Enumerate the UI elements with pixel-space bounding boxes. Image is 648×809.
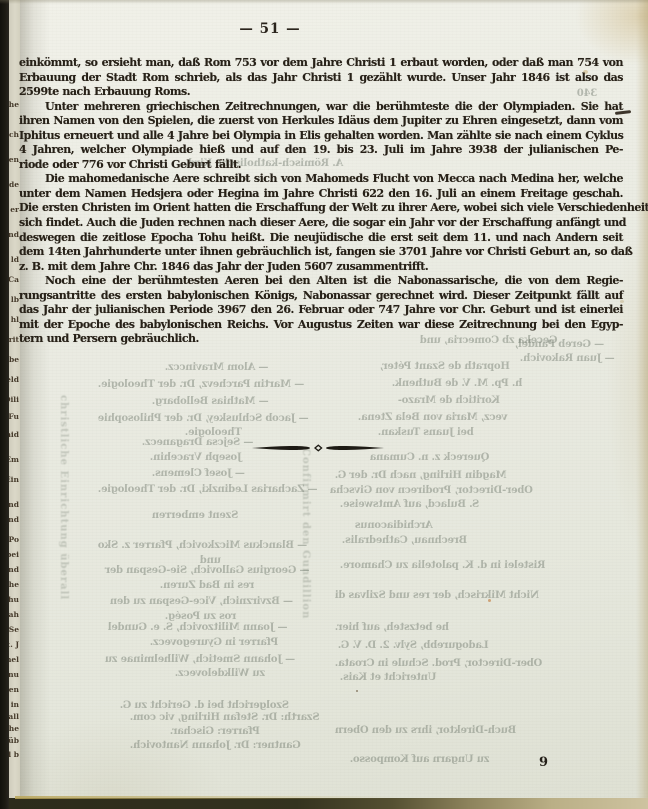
page-number-header: — 51 — <box>225 21 315 37</box>
scan-top-edge <box>0 0 648 4</box>
previous-page-text-fragment: ben <box>9 155 19 164</box>
body-text: einkömmt, so ersieht man, daß Rom 753 vo… <box>19 56 623 347</box>
text-line: einkömmt, so ersieht man, daß Rom 753 vo… <box>19 56 623 71</box>
text-line: Iphitus erneuert und alle 4 Jahre bei Ol… <box>19 129 623 144</box>
scan-bottom-edge <box>9 798 648 809</box>
previous-page-text-fragment: ünsche <box>9 724 19 733</box>
previous-page-text-fragment: geld <box>9 375 19 384</box>
text-line: Unter mehreren griechischen Zeitrechnung… <box>19 100 623 115</box>
text-line: das Jahr der julianischen Periode 3967 d… <box>19 303 623 318</box>
section-divider-ornament <box>252 441 384 455</box>
previous-page-text-fragment: nd b <box>9 750 19 759</box>
previous-page-text-fragment: island <box>9 515 19 524</box>
previous-page-text-fragment: gt. J <box>9 640 19 649</box>
text-line: Die mahomedanische Aere schreibt sich vo… <box>19 172 623 187</box>
previous-page-text-fragment: rit <box>9 335 19 344</box>
scanned-book-page: heschbenrdeerndldCalbhlriter begeldDiliF… <box>0 0 648 809</box>
previous-page-text-fragment: die all <box>9 712 19 721</box>
previous-page-text-fragment: Ein <box>9 475 19 484</box>
text-line: unter dem Namen Hedsjera oder Hegina im … <box>19 187 623 202</box>
previous-page-text-fragment: er <box>10 205 19 214</box>
fox-spot <box>356 690 358 692</box>
previous-page-text-fragment: ld <box>11 255 19 264</box>
text-line: ihren Namen von den Spielen, die zuerst … <box>19 114 623 129</box>
text-line: rungsantritte des ersten babylonischen K… <box>19 289 623 304</box>
previous-page-text-fragment: nd <box>9 565 19 574</box>
text-line: z. B. mit dem Jahre Chr. 1846 das Jahr d… <box>19 260 623 275</box>
previous-page-text-fragment: dennu <box>9 670 19 679</box>
previous-page-text-fragment: Jah <box>9 610 19 619</box>
text-line: sich findet. Auch die Juden rechnen nach… <box>19 216 623 231</box>
text-line: 2599te nach Erbauung Roms. <box>19 85 623 100</box>
text-line: dem 14ten Jahrhunderte unter ihnen gebrä… <box>19 245 623 260</box>
previous-page-text-fragment: erst in <box>9 700 19 709</box>
text-line: Erbauung der Stadt Rom schrieb, als das … <box>19 71 623 86</box>
previous-page-text-fragment: ng üb <box>9 736 19 745</box>
previous-page-text-fragment: mel <box>9 655 19 664</box>
previous-page-text-fragment: Kirchen <box>9 685 19 694</box>
text-line: tern und Persern gebräuchlich. <box>19 332 623 347</box>
previous-page-text-fragment: Dili <box>9 395 19 404</box>
previous-page-text-fragment: rde <box>9 180 19 189</box>
previous-page-text-fragment: gand <box>9 500 19 509</box>
previous-page-text-fragment: hl <box>11 315 19 324</box>
previous-page-text-fragment: terbei <box>9 550 19 559</box>
page-right-edge <box>636 0 648 809</box>
previous-page-text-fragment: fe Po <box>9 535 19 544</box>
previous-page-text-fragment: gen Se <box>9 625 19 634</box>
spine-edge <box>0 0 9 809</box>
fox-spot <box>488 599 491 602</box>
previous-page-text-fragment: Ca <box>9 275 19 284</box>
text-line: riode oder 776 vor Christi Geburt fällt. <box>19 158 623 173</box>
signature-mark: 9 <box>539 755 548 770</box>
previous-page-text-fragment: nd <box>9 230 19 239</box>
previous-page-text-fragment: er be <box>9 355 19 364</box>
previous-page-text-fragment: mid <box>9 430 19 439</box>
previous-page-text-fragment: Em <box>9 455 19 464</box>
previous-page-text-fragment: Fu <box>9 412 19 421</box>
text-line: Noch eine der berühmtesten Aeren bei den… <box>19 274 623 289</box>
text-line: deswegen die zeitlose Epocha Tohu heißt.… <box>19 231 623 246</box>
text-line: mit der Epoche des babylonischen Reichs.… <box>19 318 623 333</box>
previous-page-text-fragment: lb <box>11 295 19 304</box>
previous-page-text-fragment: liche <box>9 580 19 589</box>
previous-page-text-fragment: he <box>9 100 19 109</box>
text-line: 4 Jahren, welcher Olympiade hieß und auf… <box>19 143 623 158</box>
text-line: Die ersten Christen im Orient hatten die… <box>19 201 623 216</box>
previous-page-text-fragment: sch <box>9 130 19 139</box>
previous-page-text-fragment: Schu <box>9 595 19 604</box>
